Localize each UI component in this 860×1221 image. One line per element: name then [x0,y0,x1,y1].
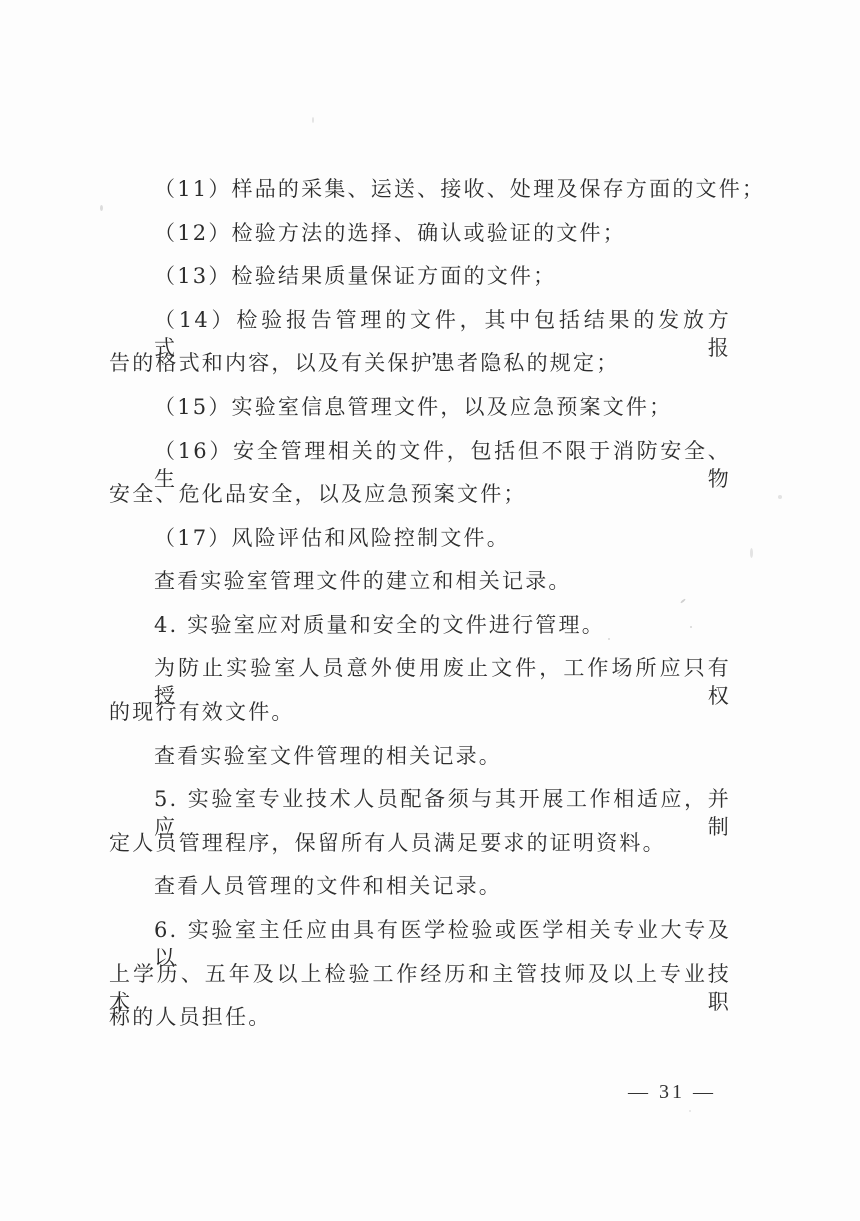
list-item-17: （17）风险评估和风险控制文件。 [154,524,510,552]
scan-artifact [690,626,692,628]
list-item-14-line-2: 告的格式和内容，以及有关保护患者隐私的规定； [109,349,619,377]
scan-artifact [608,638,610,640]
list-item-15: （15）实验室信息管理文件，以及应急预案文件； [154,393,672,421]
check-paragraph-5: 查看人员管理的文件和相关记录。 [154,872,502,900]
list-item-16-line-2: 安全、危化品安全，以及应急预案文件； [109,480,527,508]
list-item-11: （11）样品的采集、运送、接收、处理及保存方面的文件； [154,175,765,203]
scan-artifact [750,548,753,558]
clause-5-line-2: 定人员管理程序，保留所有人员满足要求的证明资料。 [109,829,666,857]
check-paragraph-3: 查看实验室管理文件的建立和相关记录。 [154,567,572,595]
scan-artifact [778,495,782,499]
page-number: — 31 — [628,1079,716,1105]
clause-6-line-3: 称的人员担任。 [109,1003,271,1031]
scan-artifact [100,205,103,211]
clause-4: 4. 实验室应对质量和安全的文件进行管理。 [154,611,605,639]
list-item-13: （13）检验结果质量保证方面的文件； [154,262,556,290]
document-page: （11）样品的采集、运送、接收、处理及保存方面的文件； （12）检验方法的选择、… [0,0,860,1221]
scan-artifact [312,117,314,123]
clause-4-detail-line-2: 的现行有效文件。 [109,698,295,726]
check-paragraph-4: 查看实验室文件管理的相关记录。 [154,742,502,770]
scan-artifact [680,598,686,603]
scan-artifact [689,1110,691,1112]
list-item-12: （12）检验方法的选择、确认或验证的文件； [154,219,626,247]
